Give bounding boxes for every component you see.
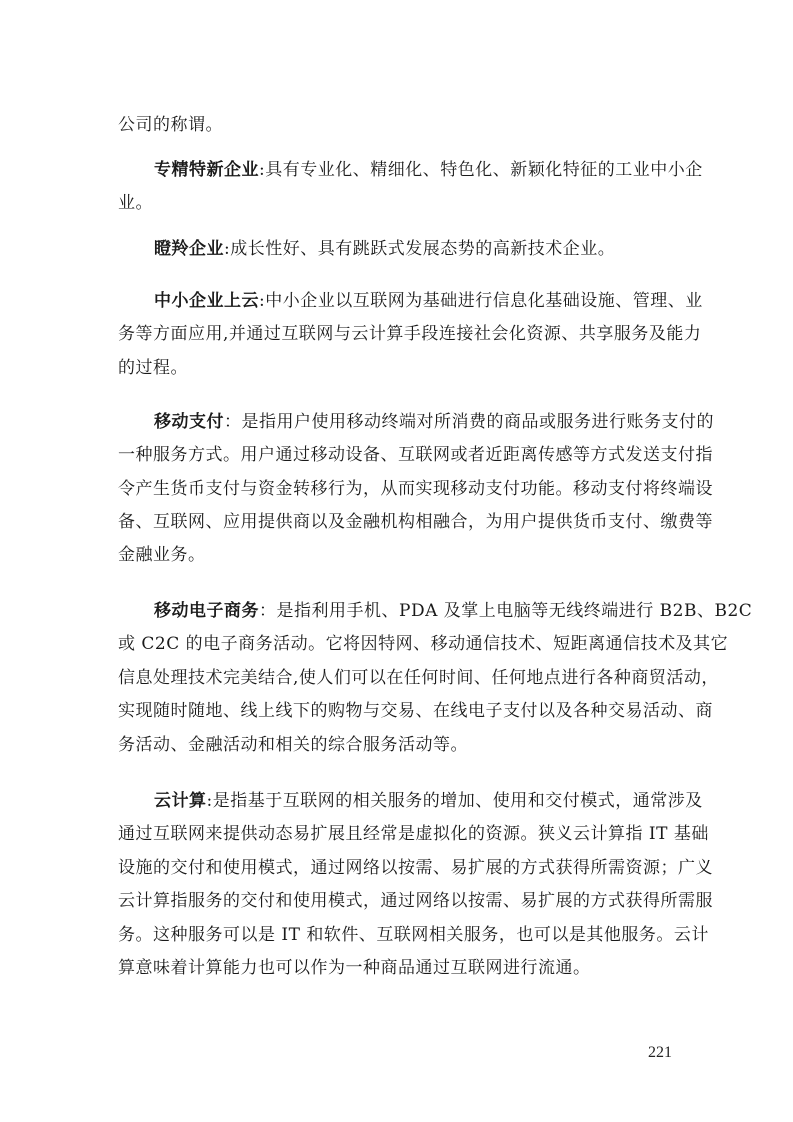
text-line: 算意味着计算能力也可以作为一种商品通过互联网进行流通。	[118, 956, 698, 980]
text-line: 信息处理技术完美结合,使人们可以在任何时间、任何地点进行各种商贸活动，	[118, 666, 698, 690]
definition-text: :成长性好、具有跳跃式发展态势的高新技术企业。	[224, 239, 615, 259]
definition-text: :具有专业化、精细化、特色化、新颖化特征的工业中小企	[259, 160, 703, 180]
term: 移动支付	[154, 412, 224, 432]
term: 中小企业上云	[154, 291, 259, 311]
text-line: 设施的交付和使用模式，通过网络以按需、易扩展的方式获得所需资源；广义	[118, 856, 698, 880]
definition-text: :是指基于互联网的相关服务的增加、使用和交付模式，通常涉及	[207, 791, 703, 811]
text-line: 通过互联网来提供动态易扩展且经常是虚拟化的资源。狭义云计算指 IT 基础	[118, 822, 698, 846]
text-line: 业。	[118, 191, 698, 215]
text-line: 务。这种服务可以是 IT 和软件、互联网相关服务，也可以是其他服务。云计	[118, 923, 698, 947]
text-line: 云计算指服务的交付和使用模式，通过网络以按需、易扩展的方式获得所需服	[118, 889, 698, 913]
definition-中小企业上云: 中小企业上云:中小企业以互联网为基础进行信息化基础设施、管理、业	[154, 289, 698, 313]
text-line: 公司的称谓。	[118, 113, 698, 137]
text-line: 令产生货币支付与资金转移行为，从而实现移动支付功能。移动支付将终端设	[118, 477, 698, 501]
text-line: 一种服务方式。用户通过移动设备、互联网或者近距离传感等方式发送支付指	[118, 443, 698, 467]
definition-专精特新企业: 专精特新企业:具有专业化、精细化、特色化、新颖化特征的工业中小企	[154, 158, 698, 182]
text-line: 务活动、金融活动和相关的综合服务活动等。	[118, 733, 698, 757]
term: 移动电子商务	[154, 601, 259, 621]
definition-移动支付: 移动支付：是指用户使用移动终端对所消费的商品或服务进行账务支付的	[154, 410, 698, 434]
definition-text: ：是指用户使用移动终端对所消费的商品或服务进行账务支付的	[224, 412, 714, 432]
definition-text: ：是指利用手机、PDA 及掌上电脑等无线终端进行 B2B、B2C	[259, 601, 752, 621]
term: 云计算	[154, 791, 207, 811]
definition-瞪羚企业: 瞪羚企业:成长性好、具有跳跃式发展态势的高新技术企业。	[154, 237, 698, 261]
text-line: 的过程。	[118, 356, 698, 380]
text-line: 实现随时随地、线上线下的购物与交易、在线电子支付以及各种交易活动、商	[118, 699, 698, 723]
text-line: 或 C2C 的电子商务活动。它将因特网、移动通信技术、短距离通信技术及其它	[118, 632, 698, 656]
text-line: 务等方面应用,并通过互联网与云计算手段连接社会化资源、共享服务及能力	[118, 322, 698, 346]
definition-云计算: 云计算:是指基于互联网的相关服务的增加、使用和交付模式，通常涉及	[154, 789, 698, 813]
term: 瞪羚企业	[154, 239, 224, 259]
term: 专精特新企业	[154, 160, 259, 180]
text-line: 备、互联网、应用提供商以及金融机构相融合，为用户提供货币支付、缴费等	[118, 510, 698, 534]
page-number: 221	[648, 1044, 672, 1062]
definition-text: :中小企业以互联网为基础进行信息化基础设施、管理、业	[259, 291, 703, 311]
definition-移动电子商务: 移动电子商务：是指利用手机、PDA 及掌上电脑等无线终端进行 B2B、B2C	[154, 599, 698, 623]
text-line: 金融业务。	[118, 543, 698, 567]
